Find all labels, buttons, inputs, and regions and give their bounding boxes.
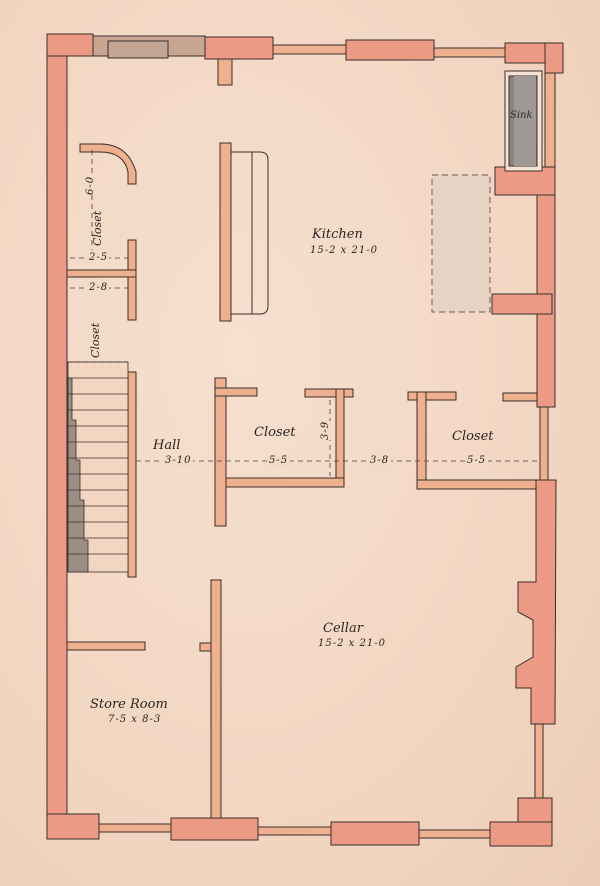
hall-label: Hall	[153, 439, 180, 452]
upper-closet-depth: 6-0	[86, 176, 96, 195]
hall-width: 3-10	[163, 456, 193, 466]
sink-label: Sink	[510, 111, 533, 121]
dresser	[231, 152, 268, 314]
floor-plan-sheet: Kitchen 15-2 x 21-0 Cellar 15-2 x 21-0 S…	[0, 0, 600, 886]
lower-closet-label: Closet	[90, 323, 101, 358]
upper-closet-label: Closet	[92, 211, 103, 246]
between-closets-dimension: 3-8	[368, 456, 391, 466]
upper-closet-width: 2-5	[88, 253, 109, 263]
floor-plan-drawing	[0, 0, 600, 886]
range-outline	[432, 175, 490, 312]
closet-1-width: 5-5	[267, 456, 290, 466]
closet-2-label: Closet	[452, 430, 494, 443]
store-room-label: Store Room	[90, 698, 168, 711]
kitchen-dimensions: 15-2 x 21-0	[310, 246, 378, 256]
lower-closet-width: 2-8	[88, 283, 109, 293]
cellar-dimensions: 15-2 x 21-0	[318, 639, 386, 649]
store-room-dimensions: 7-5 x 8-3	[108, 715, 161, 725]
closet-1-label: Closet	[254, 426, 296, 439]
closet-2-width: 5-5	[465, 456, 488, 466]
cellar-label: Cellar	[323, 622, 363, 635]
closet-1-depth: 3-9	[321, 421, 331, 440]
staircase	[68, 362, 128, 572]
kitchen-label: Kitchen	[312, 228, 363, 241]
